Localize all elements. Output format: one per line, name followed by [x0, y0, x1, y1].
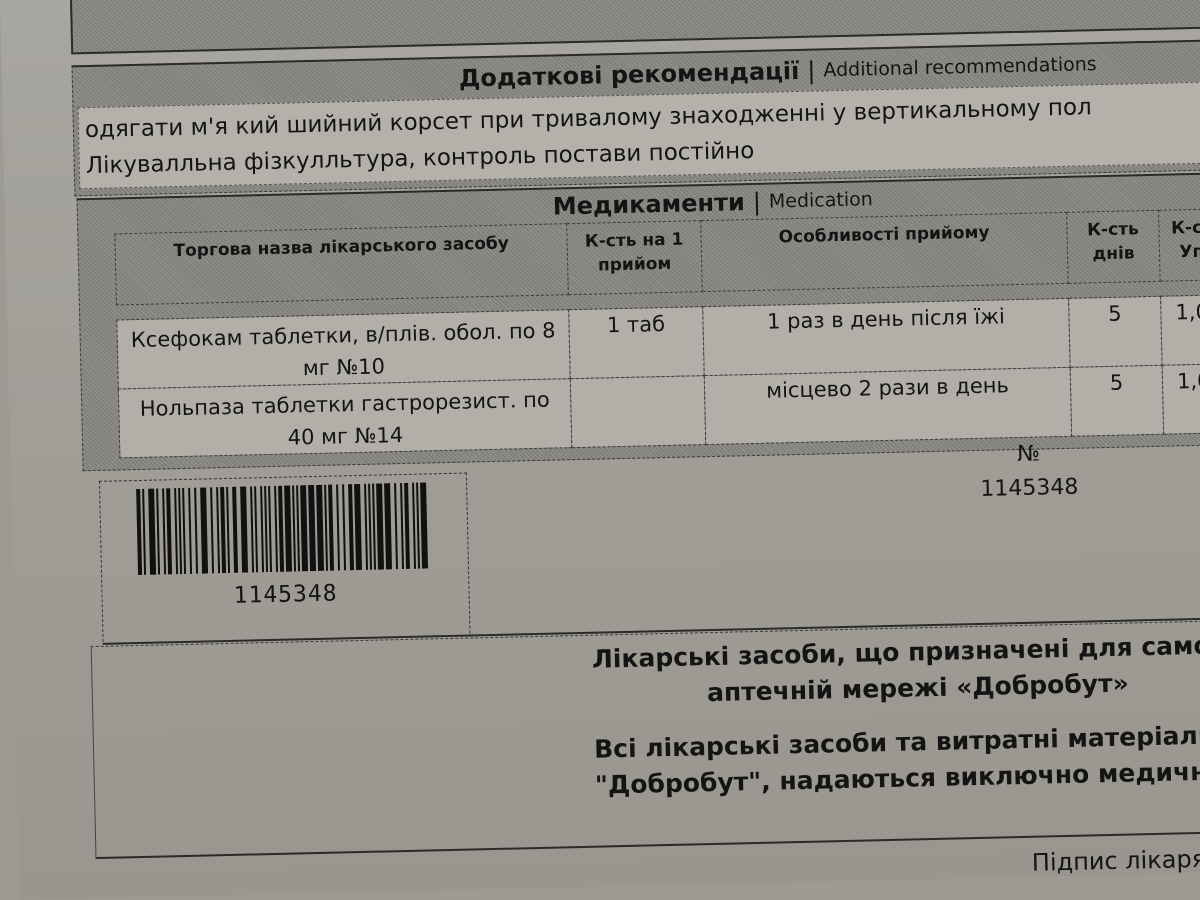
recommendations-title-uk: Додаткові рекомендації: [459, 57, 800, 93]
medication-table: Торгова назва лікарського засобу К-сть н…: [114, 208, 1200, 458]
drug-instructions: місцево 2 рази в день: [704, 367, 1071, 444]
drug-dose: 1 таб: [569, 307, 705, 379]
medication-title-en: Medication: [769, 188, 873, 212]
drug-days: 5: [1070, 365, 1164, 436]
drug-name: Ксефокам таблетки, в/плів. обол. по 8 мг…: [117, 310, 570, 389]
prescription-number-value: 1145348: [939, 470, 1120, 508]
barcode-section: 1145348 № 1145348: [99, 455, 1200, 645]
prescription-document: Додаткові рекомендації | Additional reco…: [0, 0, 1200, 900]
drug-name: Нольпаза таблетки гастрорезист. по 40 мг…: [118, 379, 571, 458]
title-separator: |: [752, 188, 761, 216]
column-header-packages: К-сть Упа: [1159, 209, 1200, 282]
drug-packages: 1,00: [1162, 364, 1200, 435]
barcode-cell: 1145348: [99, 473, 471, 642]
title-separator: |: [807, 57, 816, 85]
prescription-number-label: №: [938, 436, 1119, 474]
drug-instructions: 1 раз в день після їжі: [703, 298, 1070, 375]
additional-recommendations-section: Додаткові рекомендації | Additional reco…: [72, 39, 1200, 196]
notice-home-use: Лікарські засоби, що призначені для само…: [92, 627, 1200, 725]
notice-clinic-supplies: Всі лікарські засоби та витратні матеріа…: [94, 717, 1200, 815]
column-header-instructions: Особливості прийому: [701, 212, 1069, 291]
recommendations-title-en: Additional recommendations: [823, 53, 1097, 81]
column-header-trade-name: Торгова назва лікарського засобу: [115, 224, 568, 305]
drug-packages: 1,00: [1161, 295, 1200, 366]
medication-title-uk: Медикаменти: [552, 188, 745, 220]
column-header-days: К-сть днів: [1067, 210, 1161, 283]
barcode: [136, 482, 432, 575]
prescription-number: № 1145348: [938, 436, 1119, 508]
drug-dose: [570, 376, 706, 448]
medication-section: Медикаменти | Medication Торгова назва л…: [77, 172, 1200, 471]
barcode-number: 1145348: [102, 578, 468, 612]
doctor-signature-label: Підпис лікаря: [1032, 845, 1200, 877]
notice-section: Лікарські засоби, що призначені для само…: [91, 620, 1200, 859]
drug-days: 5: [1069, 296, 1163, 367]
column-header-dose: К-сть на 1 прийом: [567, 221, 703, 295]
